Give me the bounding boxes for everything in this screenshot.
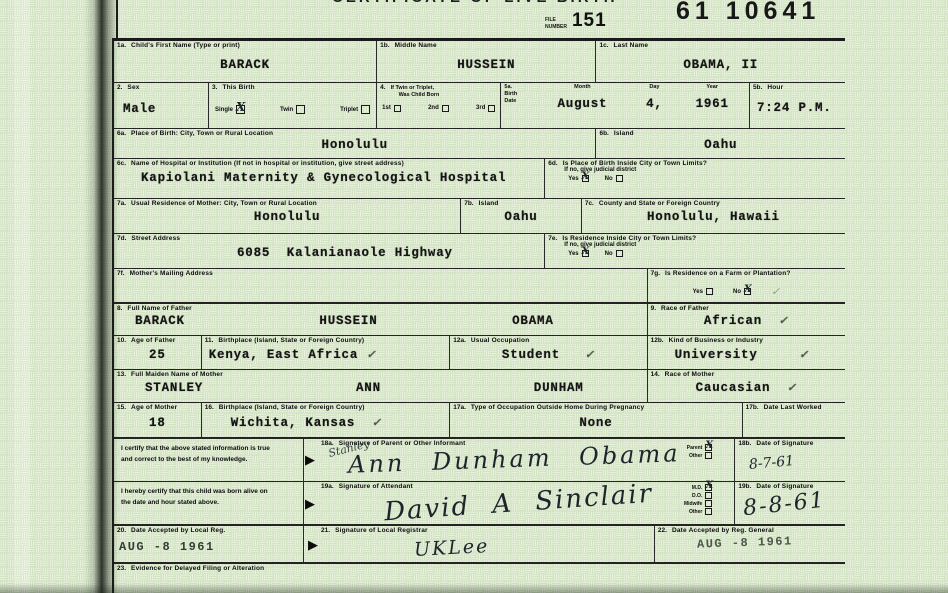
field-15-mother-age: 15.Age of Mother 18 xyxy=(114,403,202,437)
field-num: 9. xyxy=(651,305,656,312)
field-label: Date of Signature xyxy=(756,440,813,447)
file-number-value: 151 xyxy=(572,10,607,32)
field-num: 3. xyxy=(212,84,217,91)
attendant-type-options: M.D.X D.O. Midwife Other xyxy=(684,484,712,515)
field-label: Island xyxy=(614,130,634,137)
business-value: University xyxy=(675,348,758,362)
field-value: Kapiolani Maternity & Gynecological Hosp… xyxy=(117,171,541,185)
field-value: None xyxy=(453,416,738,430)
field-label-line1: Is Residence Inside City or Town Limits? xyxy=(562,235,696,242)
field-label: County and State or Foreign Country xyxy=(599,200,720,207)
certification-text: I certify that the above stated informat… xyxy=(117,440,300,465)
informant-type-options: ParentX Other xyxy=(687,444,713,459)
field-value: OBAMA, II xyxy=(599,58,842,72)
field-7d-street-address: 7d.Street Address 6085 Kalanianaole High… xyxy=(114,234,545,268)
checkbox-label: Yes xyxy=(693,289,703,295)
field-label-line2: If no, give judicial district xyxy=(564,167,842,173)
race-value: African xyxy=(704,314,762,328)
field-num: 17a. xyxy=(453,404,466,411)
year-header: Year xyxy=(678,84,746,90)
father-middle-name: HUSSEIN xyxy=(319,314,377,328)
checkbox-label: No xyxy=(605,176,613,182)
checkbox-box: X xyxy=(582,250,589,257)
field-value: Student ✓ xyxy=(453,348,643,362)
page-edge-highlight xyxy=(14,0,30,593)
field-num: 17b. xyxy=(746,404,759,411)
occupation-value: Student xyxy=(502,348,560,362)
checkbox-do: D.O. xyxy=(692,492,712,499)
field-12b-business-kind: 12b.Kind of Business or Industry Univers… xyxy=(648,336,845,369)
field-num: 16. xyxy=(205,404,214,411)
field-7f-mailing-address: 7f.Mother's Mailing Address xyxy=(114,269,648,302)
field-num: 1b. xyxy=(380,42,389,49)
field-11-father-birthplace: 11.Birthplace (Island, State or Foreign … xyxy=(202,336,451,369)
pencil-mark: ✓ xyxy=(799,348,809,361)
field-num: 19b. xyxy=(738,483,751,490)
field-num: 6a. xyxy=(117,130,126,137)
field-num: 13. xyxy=(117,371,126,378)
field-5b-hour: 5b.Hour 7:24 P.M. xyxy=(750,83,845,128)
mother-first-name: STANLEY xyxy=(145,381,203,395)
checkbox-label: 2nd xyxy=(428,105,439,111)
field-num: 6d. xyxy=(548,160,557,167)
field-num: 22. xyxy=(658,527,667,534)
certificate-form: 1a.Child's First Name (Type or print) BA… xyxy=(112,38,845,593)
checkbox-label: 3rd xyxy=(476,105,485,111)
signature-date-value: 8-8-61 xyxy=(742,488,827,522)
field-num: 5b. xyxy=(753,84,762,91)
field-num: 7c. xyxy=(585,200,594,207)
field-7g-farm-plantation: 7g.Is Residence on a Farm or Plantation?… xyxy=(648,269,845,302)
checkbox-2nd: 2nd xyxy=(428,105,449,112)
checkbox-single: SingleX xyxy=(215,105,245,114)
checkbox-mark: X xyxy=(705,480,713,491)
checkbox-label: Parent xyxy=(687,445,703,451)
month-header: Month xyxy=(534,84,630,90)
field-label: Birthplace (Island, State or Foreign Cou… xyxy=(218,337,364,344)
field-value: Wichita, Kansas ✓ xyxy=(205,416,447,430)
checkbox-box xyxy=(705,508,712,515)
field-label-line1: Is Place of Birth Inside City or Town Li… xyxy=(563,160,707,167)
field-num: 14. xyxy=(651,371,660,378)
field-num: 15. xyxy=(117,404,126,411)
checkbox-label: Midwife xyxy=(684,501,702,507)
checkbox-label: Other xyxy=(689,509,702,515)
field-value: Male xyxy=(117,102,205,116)
checkbox-no: NoX xyxy=(733,288,751,295)
field-value: 7:24 P.M. xyxy=(753,101,842,115)
field-label: Type of Occupation Outside Home During P… xyxy=(471,404,644,411)
field-label: Evidence for Delayed Filing or Alteratio… xyxy=(131,565,264,572)
field-label: Name of Hospital or Institution (If not … xyxy=(131,160,404,167)
form-row-9: 10.Age of Father 25 11.Birthplace (Islan… xyxy=(114,336,845,370)
checkbox-box: X xyxy=(744,288,751,295)
field-label: Hour xyxy=(767,84,783,91)
field-20-date-accepted-local: 20.Date Accepted by Local Reg. AUG -8 19… xyxy=(114,526,304,562)
field-num: 7b. xyxy=(464,200,473,207)
field-label: Middle Name xyxy=(395,42,437,49)
field-5a-birth-date: 5a. Birth Date Month August Day 4, Year … xyxy=(501,83,750,128)
form-row-2: 2.Sex Male 3.This Birth SingleX Twin Tri… xyxy=(114,83,845,129)
field-num: 6c. xyxy=(117,160,126,167)
certificate-title: CERTIFICATE OF LIVE BIRTH xyxy=(332,0,618,6)
checkbox-mark: X xyxy=(744,284,752,295)
informant-certification-statement: I certify that the above stated informat… xyxy=(114,439,304,481)
checkbox-triplet: Triplet xyxy=(340,105,370,114)
checkbox-box xyxy=(706,288,713,295)
checkbox-yes: Yes xyxy=(693,288,713,295)
checkbox-box: X xyxy=(705,484,712,491)
field-label: Race of Father xyxy=(661,305,709,312)
checkbox-label: Single xyxy=(215,107,233,113)
field-num: 1a. xyxy=(117,42,126,49)
field-num: 12a. xyxy=(453,337,466,344)
field-label: Usual Occupation xyxy=(471,337,529,344)
checkbox-box: X xyxy=(705,444,712,451)
field-9-father-race: 9.Race of Father African ✓ xyxy=(648,304,845,335)
checkbox-mark: X xyxy=(705,440,713,451)
field-value: African ✓ xyxy=(651,314,842,328)
field-6c-hospital: 6c.Name of Hospital or Institution (If n… xyxy=(114,159,545,198)
field-num: 23. xyxy=(117,565,126,572)
form-top-left-border xyxy=(116,0,118,39)
checkbox-1st: 1st xyxy=(382,105,401,112)
field-value: Oahu xyxy=(464,210,578,224)
checkbox-3rd: 3rd xyxy=(476,105,495,112)
form-row-7: 7f.Mother's Mailing Address 7g.Is Reside… xyxy=(114,269,845,304)
serial-number: 61 10641 xyxy=(676,0,820,26)
field-label: Usual Residence of Mother: City, Town or… xyxy=(131,200,317,207)
day-header: Day xyxy=(630,84,678,90)
checkbox-label: Other xyxy=(689,453,702,459)
field-num: 18b. xyxy=(738,440,751,447)
month-value: August xyxy=(534,97,630,111)
field-label: Race of Mother xyxy=(665,371,715,378)
checkbox-yes: YesX xyxy=(568,175,588,182)
day-value: 4, xyxy=(630,97,678,111)
field-value: Caucasian ✓ xyxy=(651,381,842,395)
checkbox-box xyxy=(361,105,370,114)
birth-certificate-scan: CERTIFICATE OF LIVE BIRTH FILE NUMBER 15… xyxy=(0,0,948,593)
field-value: Oahu xyxy=(599,138,842,152)
date-stamp: AUG -8 1961 xyxy=(697,534,793,551)
field-num: 6b. xyxy=(599,130,608,137)
field-label: Age of Mother xyxy=(131,404,177,411)
checkbox-box xyxy=(442,105,449,112)
file-number-block: FILE NUMBER 151 xyxy=(545,10,607,32)
field-label: Birthplace (Island, State or Foreign Cou… xyxy=(219,404,365,411)
field-7b-island: 7b.Island Oahu xyxy=(461,199,582,233)
field-value: 6085 Kalanianaole Highway xyxy=(117,246,541,260)
form-row-14: 20.Date Accepted by Local Reg. AUG -8 19… xyxy=(114,526,845,564)
checkbox-parent: ParentX xyxy=(687,444,713,451)
field-label: Street Address xyxy=(131,235,180,242)
field-num: 5a. xyxy=(504,84,534,91)
checkbox-yes: YesX xyxy=(568,250,588,257)
form-row-3: 6a.Place of Birth: City, Town or Rural L… xyxy=(114,129,845,159)
checkbox-box xyxy=(616,175,623,182)
field-label: Date Accepted by Local Reg. xyxy=(131,527,225,534)
field-label-line1: Birth xyxy=(504,91,534,98)
form-row-11: 15.Age of Mother 18 16.Birthplace (Islan… xyxy=(114,403,845,439)
field-label: Full Maiden Name of Mother xyxy=(131,371,223,378)
field-label-line2: If no, give judicial district xyxy=(564,242,842,248)
field-label: Signature of Attendant xyxy=(339,483,413,490)
field-num: 7e. xyxy=(548,235,557,242)
form-row-6: 7d.Street Address 6085 Kalanianaole High… xyxy=(114,234,845,269)
checkbox-label: Twin xyxy=(280,107,293,113)
field-4-twin-order: 4. If Twin or Triplet,Was Child Born 1st… xyxy=(377,83,501,128)
pencil-mark: ✓ xyxy=(585,348,595,361)
field-num: 11. xyxy=(205,337,214,344)
field-22-date-accepted-general: 22.Date Accepted by Reg. General AUG -8 … xyxy=(655,526,845,562)
checkbox-md: M.D.X xyxy=(692,484,713,491)
field-14-mother-race: 14.Race of Mother Caucasian ✓ xyxy=(648,370,845,402)
checkbox-label: No xyxy=(733,289,741,295)
field-12a-occupation: 12a.Usual Occupation Student ✓ xyxy=(450,336,647,369)
field-6d-city-limits: 6d.Is Place of Birth Inside City or Town… xyxy=(545,159,845,198)
field-label: Sex xyxy=(127,84,139,91)
field-6a-place-of-birth: 6a.Place of Birth: City, Town or Rural L… xyxy=(114,129,596,158)
form-row-1: 1a.Child's First Name (Type or print) BA… xyxy=(114,41,845,83)
birthplace-value: Wichita, Kansas xyxy=(231,416,356,430)
field-3-this-birth: 3.This Birth SingleX Twin Triplet xyxy=(209,83,377,128)
checkbox-label: 1st xyxy=(382,105,391,111)
field-label-line2: Was Child Born xyxy=(399,92,440,98)
field-label-line2: Date xyxy=(504,98,534,105)
field-label: Date Last Worked xyxy=(764,404,822,411)
field-label: Signature of Local Registrar xyxy=(335,527,428,534)
field-7a-mother-residence: 7a.Usual Residence of Mother: City, Town… xyxy=(114,199,461,233)
checkbox-label: Triplet xyxy=(340,107,358,113)
field-19b-signature-date: 19b.Date of Signature 8-8-61 xyxy=(735,482,845,524)
field-value: Kenya, East Africa ✓ xyxy=(205,348,447,362)
checkbox-box xyxy=(705,500,712,507)
field-num: 7g. xyxy=(651,270,660,277)
file-number-label: FILE NUMBER xyxy=(545,10,567,30)
birth-year-column: Year 1961 xyxy=(678,84,746,127)
field-num: 8. xyxy=(117,305,122,312)
father-first-name: BARACK xyxy=(135,314,185,328)
field-value: Honolulu, Hawaii xyxy=(585,210,842,224)
field-label: Last Name xyxy=(614,42,649,49)
checkbox-other: Other xyxy=(689,452,712,459)
file-label-line2: NUMBER xyxy=(545,24,567,31)
field-label: Is Residence on a Farm or Plantation? xyxy=(665,270,791,277)
signature-arrow-icon: ▶ xyxy=(305,453,315,466)
field-value: University ✓ xyxy=(651,348,842,362)
form-row-13: I hereby certify that this child was bor… xyxy=(114,482,845,526)
checkbox-box xyxy=(616,250,623,257)
pencil-mark: ✓ xyxy=(366,348,376,361)
field-num: 21. xyxy=(321,527,330,534)
field-2-sex: 2.Sex Male xyxy=(114,83,209,128)
field-num: 7f. xyxy=(117,270,125,277)
registrar-signature: UKLee xyxy=(414,535,490,561)
pencil-mark: ✓ xyxy=(372,416,382,429)
field-16-mother-birthplace: 16.Birthplace (Island, State or Foreign … xyxy=(202,403,451,437)
field-num: 19a. xyxy=(321,483,334,490)
checkbox-label: Yes xyxy=(568,251,578,257)
checkbox-box xyxy=(296,105,305,114)
checkbox-box xyxy=(705,452,712,459)
checkbox-box: X xyxy=(582,175,589,182)
field-value: BARACK xyxy=(117,58,373,72)
form-row-5: 7a.Usual Residence of Mother: City, Town… xyxy=(114,199,845,234)
checkbox-label: M.D. xyxy=(692,485,703,491)
field-label: Child's First Name (Type or print) xyxy=(131,42,240,49)
field-label: Full Name of Father xyxy=(127,305,191,312)
field-label-line1: If Twin or Triplet, xyxy=(391,85,435,91)
field-num: 7d. xyxy=(117,235,126,242)
field-label: Island xyxy=(479,200,499,207)
field-label: This Birth xyxy=(222,84,254,91)
checkbox-box xyxy=(705,492,712,499)
field-1c-last-name: 1c.Last Name OBAMA, II xyxy=(596,41,845,82)
field-value: Honolulu xyxy=(117,138,592,152)
field-7e-residence-limits: 7e.Is Residence Inside City or Town Limi… xyxy=(545,234,845,268)
pencil-mark: ✓ xyxy=(771,285,780,298)
certification-text: I hereby certify that this child was bor… xyxy=(117,483,300,508)
form-row-10: 13.Full Maiden Name of Mother STANLEY AN… xyxy=(114,370,845,403)
field-7c-county-state: 7c.County and State or Foreign Country H… xyxy=(582,199,845,233)
signature-arrow-icon: ▶ xyxy=(308,538,318,551)
form-row-4: 6c.Name of Hospital or Institution (If n… xyxy=(114,159,845,199)
field-18a-informant-signature: 18a.Signature of Parent or Other Informa… xyxy=(304,439,735,481)
field-13-mother-maiden-name: 13.Full Maiden Name of Mother STANLEY AN… xyxy=(114,370,648,402)
field-value: HUSSEIN xyxy=(380,58,592,72)
field-label: Kind of Business or Industry xyxy=(669,337,763,344)
field-num: 2. xyxy=(117,84,122,91)
checkbox-other: Other xyxy=(689,508,712,515)
field-label: Place of Birth: City, Town or Rural Loca… xyxy=(131,130,273,137)
checkbox-mark: X xyxy=(236,100,245,114)
signature-date-value: 8-7-61 xyxy=(749,453,795,473)
checkbox-no: No xyxy=(605,175,623,182)
checkbox-label: Yes xyxy=(568,176,578,182)
pencil-mark: ✓ xyxy=(779,314,789,327)
field-num: 12b. xyxy=(651,337,664,344)
race-value: Caucasian xyxy=(696,381,771,395)
field-label: Mother's Mailing Address xyxy=(130,270,213,277)
field-num: 1c. xyxy=(599,42,608,49)
field-6b-island: 6b.Island Oahu xyxy=(596,129,845,158)
field-num: 20. xyxy=(117,527,126,534)
checkbox-midwife: Midwife xyxy=(684,500,712,507)
field-label: Age of Father xyxy=(131,337,176,344)
checkbox-no: No xyxy=(605,250,623,257)
birth-month-column: Month August xyxy=(534,84,630,127)
checkbox-box: X xyxy=(236,105,245,114)
field-21-local-registrar-signature: 21.Signature of Local Registrar ▶ UKLee xyxy=(304,526,655,562)
field-value: 18 xyxy=(117,416,198,430)
mother-middle-name: ANN xyxy=(356,381,381,395)
mother-maiden-name: DUNHAM xyxy=(534,381,584,395)
field-8-father-name: 8.Full Name of Father BARACK HUSSEIN OBA… xyxy=(114,304,648,335)
signature-arrow-icon: ▶ xyxy=(305,497,315,510)
checkbox-mark: X xyxy=(582,171,590,182)
field-num: 4. xyxy=(380,84,385,91)
form-row-15: 23.Evidence for Delayed Filing or Altera… xyxy=(114,564,845,593)
checkbox-box xyxy=(488,105,495,112)
field-num: 7a. xyxy=(117,200,126,207)
field-1a-child-first-name: 1a.Child's First Name (Type or print) BA… xyxy=(114,41,377,82)
checkbox-label: D.O. xyxy=(692,493,702,499)
form-row-12: I certify that the above stated informat… xyxy=(114,439,845,482)
field-17a-occupation-outside-home: 17a.Type of Occupation Outside Home Duri… xyxy=(450,403,742,437)
birthplace-value: Kenya, East Africa xyxy=(209,348,358,362)
attendant-certification-statement: I hereby certify that this child was bor… xyxy=(114,482,304,524)
field-18b-signature-date: 18b.Date of Signature 8-7-61 xyxy=(735,439,845,481)
field-17b-date-last-worked: 17b.Date Last Worked xyxy=(743,403,845,437)
father-last-name: OBAMA xyxy=(512,314,554,328)
checkbox-box xyxy=(394,105,401,112)
field-10-father-age: 10.Age of Father 25 xyxy=(114,336,202,369)
field-value: Honolulu xyxy=(117,210,457,224)
checkbox-mark: X xyxy=(582,246,590,257)
field-num: 10. xyxy=(117,337,126,344)
field-value: 25 xyxy=(117,348,198,362)
field-19a-attendant-signature: 19a.Signature of Attendant ▶ David A Sin… xyxy=(304,482,735,524)
field-23-delayed-filing-evidence: 23.Evidence for Delayed Filing or Altera… xyxy=(114,564,845,593)
checkbox-twin: Twin xyxy=(280,105,305,114)
form-row-8: 8.Full Name of Father BARACK HUSSEIN OBA… xyxy=(114,304,845,336)
date-stamp: AUG -8 1961 xyxy=(119,540,215,554)
field-label: Date Accepted by Reg. General xyxy=(672,527,774,534)
field-1b-middle-name: 1b.Middle Name HUSSEIN xyxy=(377,41,596,82)
pencil-mark: ✓ xyxy=(787,381,797,394)
year-value: 1961 xyxy=(678,97,746,111)
checkbox-label: No xyxy=(605,251,613,257)
birth-day-column: Day 4, xyxy=(630,84,678,127)
